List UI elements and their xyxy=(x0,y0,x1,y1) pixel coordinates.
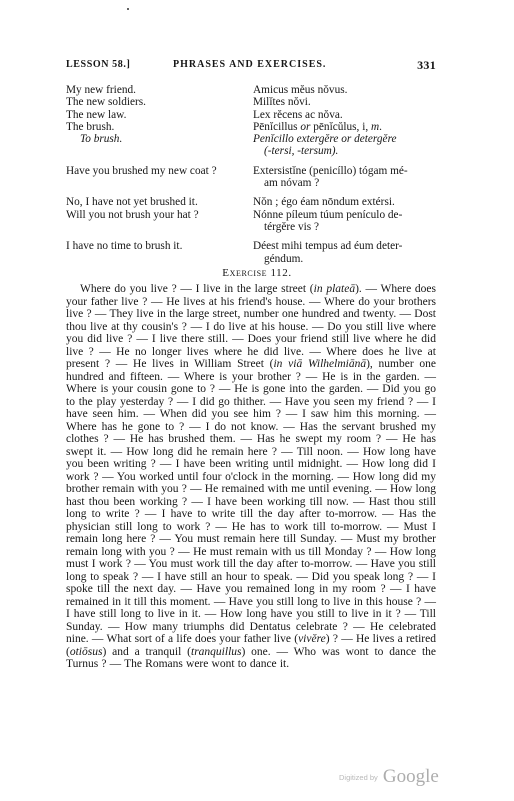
latin-phrase: Amicus mĕus nŏvus. xyxy=(253,84,438,96)
phrase-row: The new law. Lex rĕcens ac nŏva. xyxy=(66,109,438,121)
latin-gloss: in viā Wilhelmiānā xyxy=(273,358,366,370)
english-phrase: Have you brushed my new coat ? xyxy=(66,165,253,190)
phrase-row: No, I have not yet brushed it. Nŏn ; égo… xyxy=(66,196,438,208)
phrase-row: The new soldiers. Milĭtes nŏvi. xyxy=(66,96,438,108)
latin-gloss: vivĕre xyxy=(298,633,326,645)
english-phrase: My new friend. xyxy=(66,84,253,96)
latin-phrase: Extersistĭne (penicíllo) tógam mé-am nóv… xyxy=(253,165,438,190)
latin-conjunction: or xyxy=(300,121,310,133)
english-phrase: I have no time to brush it. xyxy=(66,240,253,265)
latin-text: Pēnĭcillus xyxy=(253,121,300,133)
latin-phrase: Pēnĭcillus or pēnĭcŭlus, i, m. xyxy=(253,121,438,133)
exercise-text: ) and a tranquil ( xyxy=(102,646,191,658)
latin-text: Extersistĭne (penicíllo) tógam mé- xyxy=(253,165,408,177)
latin-phrase: Lex rĕcens ac nŏva. xyxy=(253,109,438,121)
latin-continuation: (-tersi, -tersum). xyxy=(253,145,438,157)
phrase-row: Have you brushed my new coat ? Extersist… xyxy=(66,165,438,190)
phrase-row: My new friend. Amicus mĕus nŏvus. xyxy=(66,84,438,96)
page-number: 331 xyxy=(417,58,436,73)
english-phrase: No, I have not yet brushed it. xyxy=(66,196,253,208)
latin-phrase: Milĭtes nŏvi. xyxy=(253,96,438,108)
google-logo: Google xyxy=(383,766,439,787)
phrase-row: Will you not brush your hat ? Nónne píle… xyxy=(66,209,438,234)
english-phrase: The brush. xyxy=(66,121,253,133)
exercise-text: Where do you live ? — I live in the larg… xyxy=(80,283,314,295)
phrase-row: To brush. Penĭcillo extergĕre or detergĕ… xyxy=(66,133,438,158)
exercise-text: ), number one hundred and fifteen. — Whe… xyxy=(66,358,436,645)
exercise-paragraph: Where do you live ? — I live in the larg… xyxy=(66,283,436,671)
exercise-heading: Exercise 112. xyxy=(0,267,514,279)
latin-text: pēnĭcŭlus, i, xyxy=(310,121,371,133)
latin-text: Déest mihi tempus ad éum deter- xyxy=(253,240,402,252)
latin-phrase: Nónne píleum túum penículo de-térgĕre vi… xyxy=(253,209,438,234)
latin-continuation: géndum. xyxy=(253,253,438,265)
latin-text: Nónne píleum túum penículo de- xyxy=(253,209,402,221)
phrase-row: I have no time to brush it. Déest mihi t… xyxy=(66,240,438,265)
latin-phrase: Nŏn ; égo éam nōndum extérsi. xyxy=(253,196,438,208)
exercise-text: ). — Where does your father live ? — He … xyxy=(66,283,436,370)
latin-gloss: tranquillus xyxy=(191,646,241,658)
gender-marker: m xyxy=(371,121,379,133)
latin-text: . xyxy=(379,121,382,133)
running-head: LESSON 58.] PHRASES AND EXERCISES. 331 xyxy=(66,59,436,73)
latin-continuation: térgĕre vis ? xyxy=(253,221,438,233)
latin-phrase: Penĭcillo extergĕre or detergĕre(-tersi,… xyxy=(253,133,438,158)
digitized-watermark: Digitized by Google xyxy=(339,766,439,788)
phrase-table: My new friend. Amicus mĕus nŏvus. The ne… xyxy=(66,84,438,265)
latin-phrase: Déest mihi tempus ad éum deter-géndum. xyxy=(253,240,438,265)
watermark-prefix: Digitized by xyxy=(339,773,378,782)
latin-text: Penĭcillo extergĕre or detergĕre xyxy=(253,133,397,145)
chapter-title: PHRASES AND EXERCISES. xyxy=(173,59,326,70)
scan-speck xyxy=(127,8,129,10)
english-phrase: The new soldiers. xyxy=(66,96,253,108)
english-phrase: Will you not brush your hat ? xyxy=(66,209,253,234)
phrase-row: The brush. Pēnĭcillus or pēnĭcŭlus, i, m… xyxy=(66,121,438,133)
lesson-label: LESSON 58.] xyxy=(66,59,130,70)
english-phrase: To brush. xyxy=(66,133,253,158)
english-phrase: The new law. xyxy=(66,109,253,121)
latin-continuation: am nóvam ? xyxy=(253,177,438,189)
latin-gloss: otiōsus xyxy=(70,646,103,658)
latin-gloss: in plateā xyxy=(314,283,355,295)
